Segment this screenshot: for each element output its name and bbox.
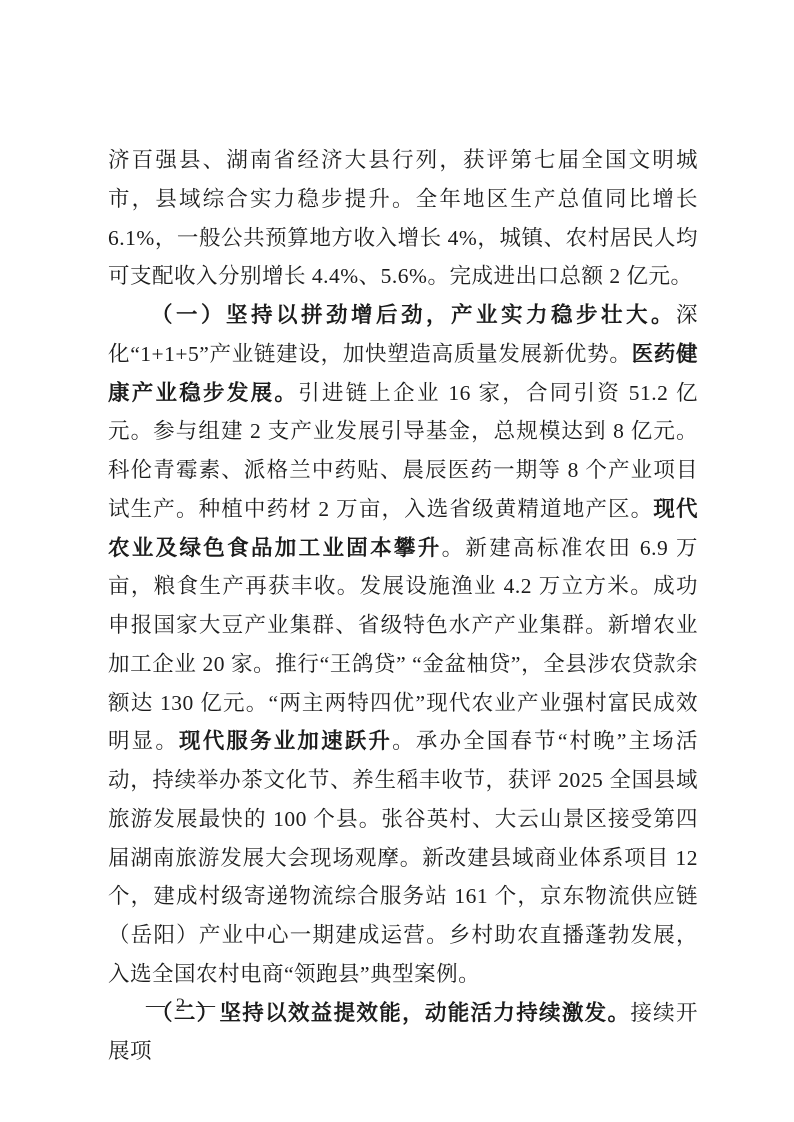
text-run: 。承办全国春节“村晚”主场活动，持续举办茶文化节、养生稻丰收节，获评 2025 … (108, 729, 698, 986)
section-2-heading: （二）坚持以效益提效能，动能活力持续激发。 (151, 1001, 630, 1025)
section-1-heading: （一）坚持以拼劲增后劲，产业实力稳步壮大。 (151, 303, 676, 327)
text-run: 济百强县、湖南省经济大县行列，获评第七届全国文明城市，县域综合实力稳步提升。全年… (108, 148, 698, 288)
text-run: 。新建高标准农田 6.9 万亩，粮食生产再获丰收。发展设施渔业 4.2 万立方米… (108, 536, 698, 754)
document-body: 济百强县、湖南省经济大县行列，获评第七届全国文明城市，县域综合实力稳步提升。全年… (108, 141, 698, 1071)
paragraph-overview: 济百强县、湖南省经济大县行列，获评第七届全国文明城市，县域综合实力稳步提升。全年… (108, 141, 698, 296)
document-page: 济百强县、湖南省经济大县行列，获评第七届全国文明城市，县域综合实力稳步提升。全年… (0, 0, 794, 1122)
subheading-service-industry: 现代服务业加速跃升 (179, 729, 392, 753)
paragraph-section-1: （一）坚持以拼劲增后劲，产业实力稳步壮大。深化“1+1+5”产业链建设，加快塑造… (108, 296, 698, 994)
page-number: — 2 — (146, 995, 218, 1017)
